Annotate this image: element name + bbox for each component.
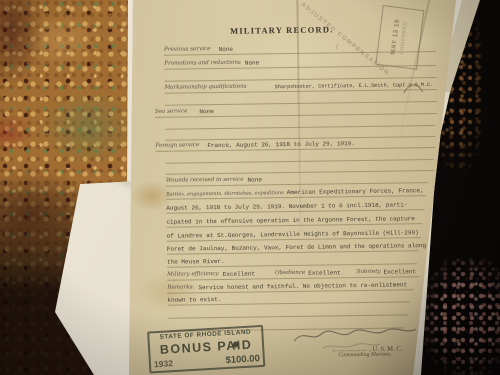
field-value: France, August 26, 1918 to July 29, 1919… (207, 141, 355, 150)
field-label: Battles, engagements, skirmishes, expedi… (166, 191, 284, 199)
date-received-stamp: MAY 13 19 COMPARED (375, 5, 424, 70)
field-label: Wounds received in service (166, 178, 244, 186)
date-stamp-note: COMPARED (399, 21, 408, 55)
rating-value: Excellent (223, 271, 256, 278)
field-value: None (199, 109, 214, 116)
signature-branch-line: , U. S. M. C. (332, 344, 402, 353)
field-label: Sea service (155, 110, 188, 117)
field-row-marksmanship: Marksmanship qualifications Sharpshooter… (164, 78, 436, 94)
paper-crease-vertical (296, 0, 301, 235)
field-value: Sharpshooter, Certificate, E.L.Smith, Ca… (275, 83, 434, 91)
ruled-line (168, 303, 408, 318)
remarks-label: Remarks: (167, 286, 194, 293)
diagonal-stamp-text: ADJUSTED COMPENSATION (300, 2, 391, 77)
pen-flourish-mark (400, 80, 426, 96)
field-value: None (247, 177, 262, 184)
field-row-sea-service: Sea service None (155, 102, 437, 118)
stamp-year: 1932 (154, 359, 173, 369)
field-value: None (245, 60, 260, 67)
ruled-line (166, 159, 434, 175)
field-label: Marksmanship qualifications (165, 85, 247, 93)
ratings-row: Military efficiency Excellent Obedience … (167, 265, 419, 281)
rating-label: Military efficiency (167, 272, 219, 279)
carpet-rose-patch (423, 258, 500, 375)
battles-line: Foret de Jaulnay, Buzancy, Vaux, Foret d… (167, 243, 426, 254)
photo-canvas: ADJUSTED COMPENSATION MAY 13 19 COMPARED… (0, 0, 500, 375)
field-row-promotions: Promotions and reductions None (164, 54, 436, 70)
field-value: None (219, 47, 234, 54)
remarks-row: known to exist. (167, 290, 409, 305)
field-row-wounds: Wounds received in service None (166, 171, 428, 187)
ruled-line (165, 125, 435, 141)
battles-continuation-row: Foret de Jaulnay, Buzancy, Vaux, Foret d… (167, 239, 419, 255)
document-title: MILITARY RECORD. (212, 24, 352, 36)
rating-value: Excellent (384, 269, 417, 276)
battles-line: cipated in the offensive operation in th… (166, 216, 415, 226)
rating-label: Obedience (275, 271, 305, 278)
field-row-battles: Battles, engagements, skirmishes, expedi… (166, 184, 426, 200)
field-label: Previous service (164, 48, 211, 55)
ruled-line (165, 148, 433, 164)
signature-scribble-small (320, 341, 384, 352)
battles-continuation-row: of Landres at St.Georges, Landreville He… (167, 226, 421, 242)
signature-scribble (290, 323, 422, 347)
stamp-state-text: STATE OF RHODE ISLAND (160, 330, 252, 342)
field-row-foreign-service: Foreign service France, August 26, 1918 … (155, 136, 435, 152)
battles-line: the Meuse River. (167, 259, 225, 267)
battles-continuation-row: August 26, 1918 to July 29, 1919. Novemb… (166, 198, 424, 214)
stamp-bonus-text: BONUS PAID (160, 339, 253, 357)
remarks-value: Service honest and faithful. No objectio… (198, 282, 407, 292)
battles-line: of Landres at St.Georges, Landreville He… (167, 230, 419, 241)
ruled-line (164, 66, 436, 82)
bonus-paid-stamp: STATE OF RHODE ISLAND BONUS PAID 1932 $1… (147, 325, 265, 374)
remarks-value: known to exist. (167, 297, 221, 305)
field-label: Foreign service (155, 144, 199, 151)
signature-title: Commanding Marines. (338, 353, 392, 360)
date-stamp-date: MAY 13 19 (391, 19, 402, 55)
ruled-line (165, 90, 437, 106)
ruled-line (168, 316, 404, 331)
remarks-row: Remarks: Service honest and faithful. No… (167, 278, 413, 293)
battles-line: August 26, 1918 to July 29, 1919. Novemb… (166, 202, 407, 212)
field-row-previous-service: Previous service None (164, 40, 436, 56)
rating-label: Sobriety (357, 270, 381, 277)
ink-blot (233, 341, 238, 347)
rating-value: Excellent (308, 270, 341, 277)
diagonal-ink-stamp: ADJUSTED COMPENSATION (300, 2, 405, 89)
stamp-bottom-row: 1932 $100.00 (154, 354, 260, 370)
stamp-amount: $100.00 (225, 354, 260, 365)
field-value: American Expeditionary Forces, France, (287, 188, 424, 197)
dotted-leader (332, 345, 366, 351)
field-label: Promotions and reductions (164, 61, 241, 69)
battles-continuation-row: the Meuse River. (167, 252, 417, 267)
ruled-line (165, 114, 435, 130)
pen-mark: / (336, 43, 338, 50)
battles-continuation-row: cipated in the offensive operation in th… (166, 212, 422, 228)
branch-text: , U. S. M. C. (369, 346, 402, 353)
paper-crease-diagonal (397, 0, 430, 147)
